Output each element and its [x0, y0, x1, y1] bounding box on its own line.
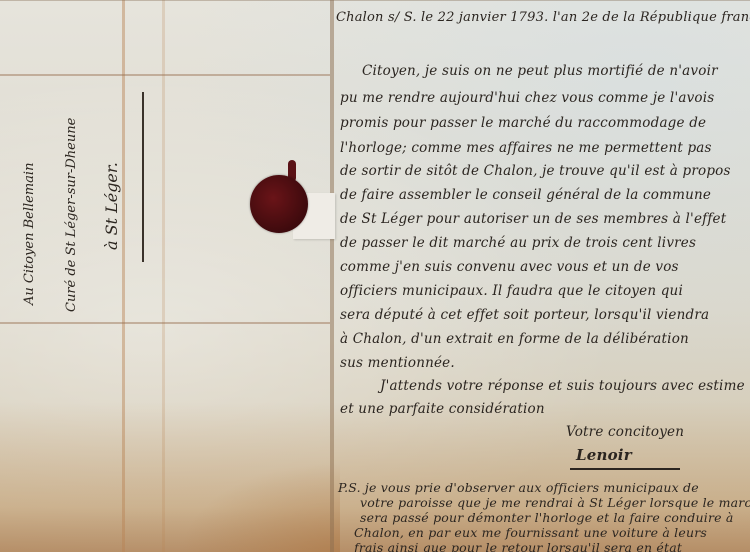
address-line: à St Léger. — [102, 162, 121, 250]
postscript-line: Chalon, en par eux me fournissant une vo… — [354, 525, 707, 540]
postscript-line: P.S. je vous prie d'observer aux officie… — [338, 480, 699, 495]
address-line: Au Citoyen Bellemain — [22, 163, 37, 305]
letter-body: Chalon s/ S. le 22 janvier 1793. l'an 2e… — [330, 0, 750, 552]
body-line: de St Léger pour autoriser un de ses mem… — [340, 211, 726, 227]
body-line: officiers municipaux. Il faudra que le c… — [340, 283, 683, 299]
body-line: promis pour passer le marché du raccommo… — [340, 115, 706, 131]
body-line: comme j'en suis convenu avec vous et un … — [340, 259, 679, 275]
body-line: de sortir de sitôt de Chalon, je trouve … — [340, 163, 731, 179]
postscript-line: votre paroisse que je me rendrai à St Lé… — [360, 495, 750, 510]
fold-line-horizontal — [0, 322, 330, 324]
fold-line-vertical — [162, 0, 165, 552]
postscript-line: frais ainsi que pour le retour lorsqu'il… — [354, 540, 682, 552]
postscript-line: sera passé pour démonter l'horloge et la… — [360, 510, 734, 525]
corner-stain — [180, 462, 340, 552]
letter-sheet: Au Citoyen Bellemain Curé de St Léger-su… — [0, 0, 750, 552]
salutation: Votre concitoyen — [566, 424, 684, 440]
signature: Lenoir — [576, 446, 632, 464]
signature-underline — [570, 468, 680, 470]
body-line: pu me rendre aujourd'hui chez vous comme… — [340, 90, 714, 106]
dateline: Chalon s/ S. le 22 janvier 1793. l'an 2e… — [336, 10, 750, 25]
fold-line-horizontal — [0, 74, 330, 76]
closing-line: J'attends votre réponse et suis toujours… — [380, 378, 745, 394]
body-line: à Chalon, d'un extrait en forme de la dé… — [340, 331, 689, 347]
body-line: Citoyen, je suis on ne peut plus mortifi… — [362, 63, 718, 79]
body-line: sera député à cet effet soit porteur, lo… — [340, 307, 709, 323]
address-line: Curé de St Léger-sur-Dheune — [64, 118, 79, 312]
closing-line: et une parfaite considération — [340, 401, 545, 417]
wax-seal — [250, 175, 308, 233]
address-underline — [142, 92, 144, 262]
body-line: de passer le dit marché au prix de trois… — [340, 235, 696, 251]
body-line: l'horloge; comme mes affaires ne me perm… — [340, 140, 712, 156]
body-line: de faire assembler le conseil général de… — [340, 187, 711, 203]
body-line: sus mentionnée. — [340, 355, 455, 371]
address-panel: Au Citoyen Bellemain Curé de St Léger-su… — [10, 80, 160, 320]
